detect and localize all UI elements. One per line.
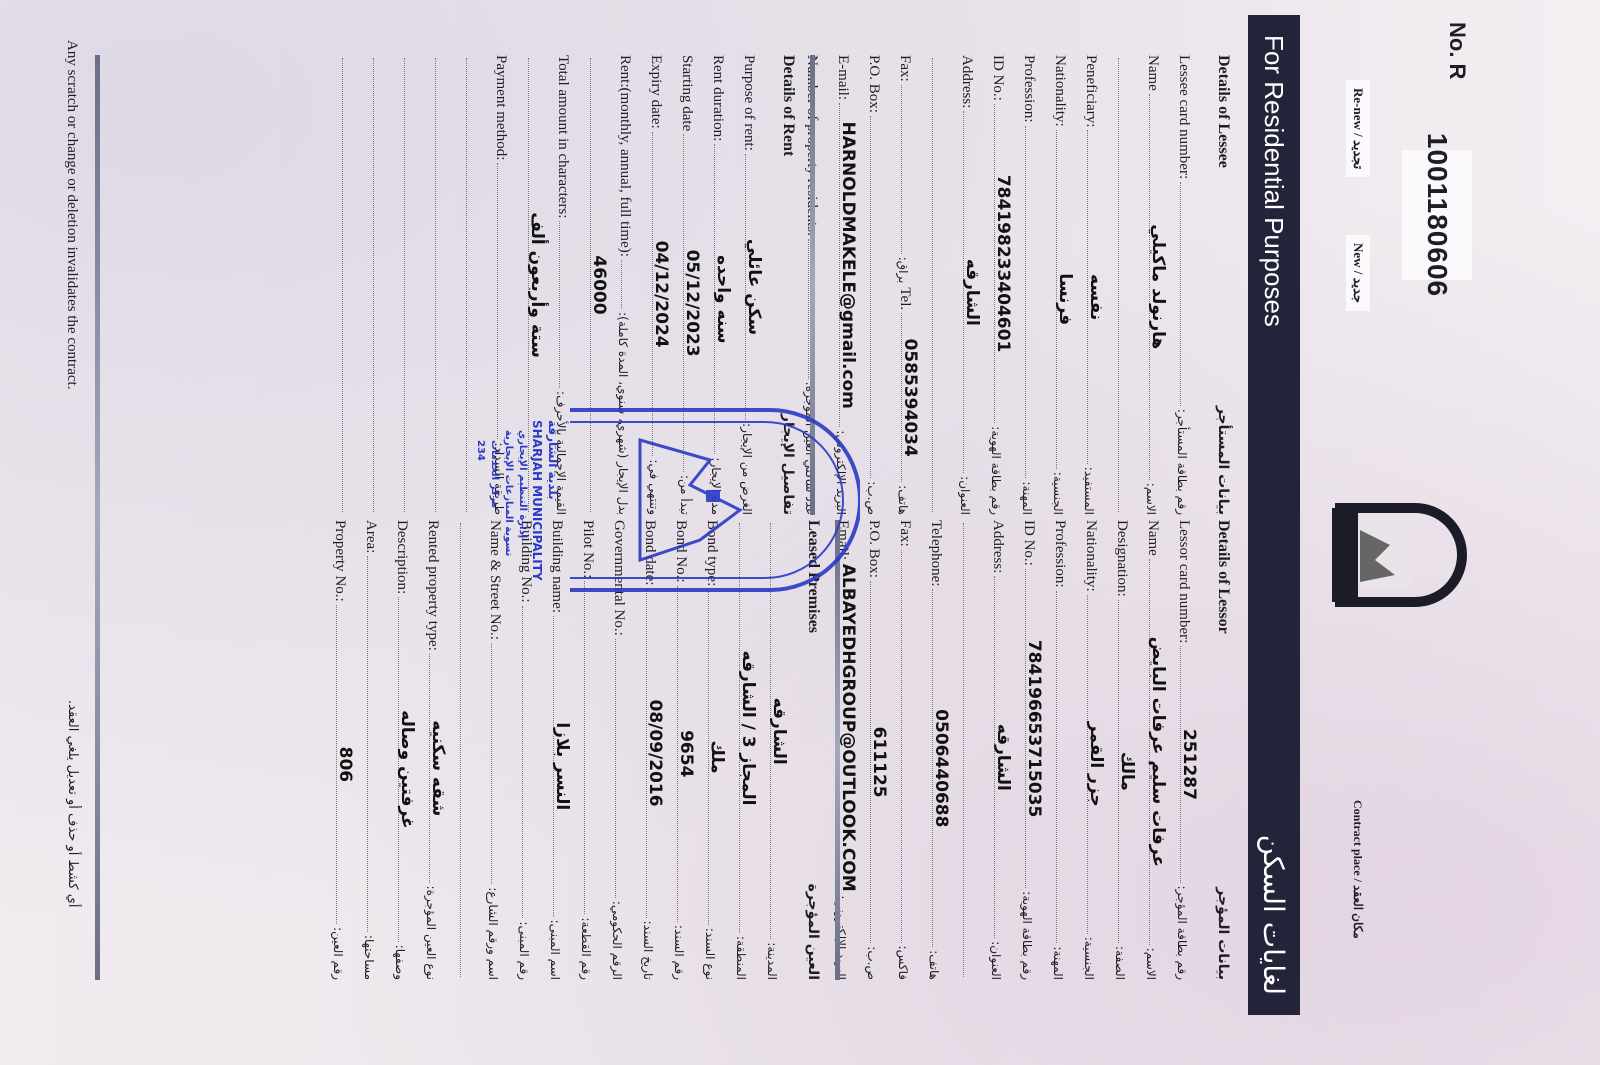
field-dotted-line: الشارقه bbox=[994, 576, 996, 938]
lessor-section: Details of Lessor بيانات المؤجر Lessor c… bbox=[834, 520, 1240, 980]
contract-page: No. R 1001180606 Re-new / تجديد New / جد… bbox=[0, 0, 1600, 1065]
field-label-ar: اسم المبنى: bbox=[548, 920, 562, 980]
form-field-row: Nameعرفات سليم عرفات البايضالاسم: bbox=[1144, 520, 1175, 980]
form-field-row: E-mail:HARNOLDMAKELE@gmail.comالبريد الإ… bbox=[834, 55, 865, 515]
field-value: 9654 bbox=[676, 586, 696, 922]
lessee-title-en: Details of Lessee bbox=[1214, 55, 1232, 168]
field-label-ar: مساحتها: bbox=[362, 935, 376, 980]
form-field-row: Number of property residents:عدد ساكني ا… bbox=[803, 55, 834, 515]
tel-value: 0585394034 bbox=[900, 313, 920, 482]
field-label-ar: الاسم: bbox=[1144, 948, 1158, 980]
field-value: 611125 bbox=[869, 581, 889, 943]
field-value: سكن عائلي bbox=[744, 154, 764, 420]
premises-section: Leased Premises العين المؤجرة الشارقهالم… bbox=[331, 520, 830, 980]
field-dotted-line bbox=[367, 556, 369, 932]
field-dotted-line bbox=[404, 58, 406, 512]
field-value: 251287 bbox=[1179, 646, 1199, 882]
field-value: شقه سكنيه bbox=[428, 654, 448, 883]
premises-title-en: Leased Premises bbox=[804, 520, 822, 633]
field-label-ar: بدل الإيجار (شهري، سنوي، المدة كاملة): bbox=[616, 312, 630, 515]
field-dotted-line: عرفات سليم عرفات البايض bbox=[1149, 559, 1151, 945]
fax-label-ar: براق: bbox=[896, 257, 910, 284]
form-field-row: Governmental No.:الرقم الحكومي: bbox=[610, 520, 641, 980]
field-label-en: Nationality: bbox=[1051, 55, 1068, 127]
field-label-ar: رقم بطاقة الهوية: bbox=[1020, 891, 1034, 980]
footer-divider bbox=[95, 55, 100, 980]
field-label-en: Property No.: bbox=[331, 520, 348, 602]
field-label-en: Starting date bbox=[678, 55, 695, 131]
field-dotted-line: 784196653715035 bbox=[1025, 569, 1027, 888]
premises-title-ar: العين المؤجرة bbox=[805, 884, 821, 980]
field-value: الشارقه bbox=[962, 111, 982, 473]
field-label-ar: العنوان: bbox=[989, 941, 1003, 980]
field-label-en: Bond type: bbox=[703, 520, 720, 586]
contract-no-label: No. R bbox=[1444, 22, 1470, 79]
field-label-en: Fax: bbox=[896, 55, 913, 82]
lessor-title-en: Details of Lessor bbox=[1214, 520, 1232, 634]
field-value: النسر بلازا bbox=[552, 616, 572, 917]
field-label-ar: ص.ب: bbox=[865, 481, 879, 515]
field-label-ar: رقم بطاقة المؤجر: bbox=[1175, 886, 1189, 980]
field-label-en: Pilot No.: bbox=[579, 520, 596, 578]
field-label-ar: الرقم الحكومي: bbox=[610, 901, 624, 980]
renew-checkbox-label: Re-new / تجديد bbox=[1346, 80, 1370, 177]
field-dotted-line: سنه واحده bbox=[714, 144, 716, 454]
form-field-row bbox=[1113, 55, 1144, 515]
field-value: 0506440688 bbox=[931, 589, 951, 947]
field-label-en: P.O. Box: bbox=[865, 520, 882, 578]
field-label-ar: نوع السند: bbox=[703, 928, 717, 980]
field-label-en: Bond date: bbox=[641, 520, 658, 585]
field-label-ar: رقم السند: bbox=[672, 925, 686, 980]
field-value: جزر القمر bbox=[1086, 595, 1106, 934]
field-dotted-line: النسر بلازا bbox=[553, 616, 555, 917]
field-label-en: Payment method: bbox=[492, 55, 509, 160]
rent-title-en: Details of Rent bbox=[779, 55, 797, 156]
field-value: عرفات سليم عرفات البايض bbox=[1148, 559, 1168, 945]
form-field-row: Rented property type:شقه سكنيهنوع العين … bbox=[424, 520, 455, 980]
field-label-ar: الاسم: bbox=[1144, 483, 1158, 515]
field-label-ar: المدينة: bbox=[765, 942, 779, 980]
field-label-en: Fax: bbox=[896, 520, 913, 547]
field-label-ar: ص.ب: bbox=[865, 946, 879, 980]
field-value: سنه واحده bbox=[713, 144, 733, 454]
sharjah-municipality-logo bbox=[1330, 500, 1470, 610]
field-dotted-line: 46000 bbox=[590, 58, 592, 512]
field-dotted-line bbox=[870, 116, 872, 478]
field-label-ar: تبدأ من: bbox=[678, 475, 692, 515]
form-field-row: الشارقهالمدينة: bbox=[765, 520, 796, 980]
form-field-row: Address:الشارقهالعنوان: bbox=[958, 55, 989, 515]
field-dotted-line bbox=[901, 85, 903, 254]
field-dotted-line: الشارقه bbox=[770, 523, 772, 939]
field-value: 46000 bbox=[589, 58, 609, 512]
field-value: 05/12/2023 bbox=[682, 134, 702, 472]
field-label-ar: هاتف: bbox=[896, 485, 910, 515]
field-value: 04/12/2024 bbox=[651, 132, 671, 457]
field-label-ar: رقم المبنى: bbox=[517, 921, 531, 980]
form-field-row: Bond No.:9654رقم السند: bbox=[672, 520, 703, 980]
field-dotted-line bbox=[522, 606, 524, 919]
form-field-row: Telephone:0506440688هاتف: bbox=[927, 520, 958, 980]
field-dotted-line bbox=[1118, 58, 1120, 512]
field-label-ar: تاريخ السند: bbox=[641, 921, 655, 980]
field-dotted-line bbox=[460, 523, 462, 977]
field-label-ar: مدة الإيجار: bbox=[709, 457, 723, 515]
form-field-row: Name & Street No.:اسم ورقم الشارع: bbox=[486, 520, 517, 980]
field-label-ar: العنوان: bbox=[958, 476, 972, 515]
form-field-row: Rent duration:سنه واحدهمدة الإيجار: bbox=[709, 55, 740, 515]
field-dotted-line: هارنولد ماكيلي bbox=[1149, 94, 1151, 480]
stamp-text-division: تسوية المنازعات الإيجارية bbox=[503, 430, 514, 556]
field-dotted-line: 251287 bbox=[1180, 646, 1182, 882]
field-dotted-line: نفسه bbox=[1087, 130, 1089, 463]
form-field-row: Description:غرفتين وصالهوصفها: bbox=[393, 520, 424, 980]
field-dotted-line bbox=[435, 58, 437, 512]
field-label-ar: اسم ورقم الشارع: bbox=[486, 887, 500, 980]
field-label-en: Area: bbox=[362, 520, 379, 553]
field-dotted-line bbox=[963, 523, 965, 977]
field-label-en: Name bbox=[1144, 520, 1161, 556]
field-dotted-line bbox=[584, 581, 586, 914]
field-dotted-line: 0506440688 bbox=[932, 589, 934, 947]
field-label-ar: الغرض من الإيجار: bbox=[740, 423, 754, 515]
form-field-row: Purpose of rent:سكن عائليالغرض من الإيجا… bbox=[740, 55, 771, 515]
field-dotted-line bbox=[342, 58, 344, 512]
field-value: الشارقه bbox=[993, 576, 1013, 938]
field-value: غرفتين وصاله bbox=[397, 597, 417, 942]
field-label-ar: وتنتهي في: bbox=[647, 459, 661, 515]
field-label-en: Designation: bbox=[1113, 520, 1130, 597]
field-dotted-line: المجاز 3 / الشارقه bbox=[739, 523, 741, 933]
form-field-row: Designation:مالكالصفة: bbox=[1113, 520, 1144, 980]
field-dotted-line bbox=[491, 643, 493, 884]
form-field-row: Property No.:806رقم العين: bbox=[331, 520, 362, 980]
form-field-row: Bond date:08/09/2016تاريخ السند: bbox=[641, 520, 672, 980]
field-label-en: Description: bbox=[393, 520, 410, 594]
form-field-row bbox=[368, 55, 399, 515]
field-label-en: Rent duration: bbox=[709, 55, 726, 141]
field-value: ALBAYEDHGROUP@OUTLOOK.COM bbox=[838, 563, 858, 892]
field-label-en: Lessor card number: bbox=[1175, 520, 1192, 643]
form-field-row: P.O. Box:611125ص.ب: bbox=[865, 520, 896, 980]
form-field-row: Building name:النسر بلازااسم المبنى: bbox=[548, 520, 579, 980]
field-label-en: Bond No.: bbox=[672, 520, 689, 583]
form-field-row: Nationality:فرنساالجنسية: bbox=[1051, 55, 1082, 515]
field-dotted-line bbox=[932, 58, 934, 512]
field-label-en: Nationality: bbox=[1082, 520, 1099, 592]
field-value: المجاز 3 / الشارقه bbox=[738, 523, 758, 933]
field-label-ar: المستفيد: bbox=[1082, 467, 1096, 515]
stamp-text-en: SHARJAH MUNICIPALITY bbox=[530, 420, 544, 581]
field-dotted-line: 784198233404601 bbox=[994, 104, 996, 423]
rent-title-ar: تفاصيل الإيجار bbox=[780, 414, 796, 515]
form-field-row: Expiry date:04/12/2024وتنتهي في: bbox=[647, 55, 678, 515]
field-label-ar: نوع العين المؤجرة: bbox=[424, 886, 438, 980]
field-label-ar: وصفها: bbox=[393, 945, 407, 980]
contract-number: 1001180606 bbox=[1402, 150, 1472, 280]
form-field-row: المجاز 3 / الشارقهالمنطقة: bbox=[734, 520, 765, 980]
field-dotted-line bbox=[1180, 182, 1182, 406]
field-dotted-line: 806 bbox=[336, 605, 338, 924]
form-field-row: Profession:المهنة: bbox=[1051, 520, 1082, 980]
new-checkbox-label: New / جديد bbox=[1346, 235, 1370, 311]
field-label-en: Lessee card number: bbox=[1175, 55, 1192, 179]
form-field-row: ID No.:784196653715035رقم بطاقة الهوية: bbox=[1020, 520, 1051, 980]
field-dotted-line bbox=[621, 260, 623, 309]
field-label-en: Telephone: bbox=[927, 520, 944, 586]
field-value: HARNOLDMAKELE@gmail.com bbox=[838, 103, 858, 427]
form-field-row: ID No.:784198233404601رقم بطاقة الهوية: bbox=[989, 55, 1020, 515]
form-field-row bbox=[455, 520, 486, 980]
field-value: نفسه bbox=[1086, 130, 1106, 463]
field-value: 806 bbox=[335, 605, 355, 924]
field-label-en: Profession: bbox=[1051, 520, 1068, 588]
form-field-row: Starting date05/12/2023تبدأ من: bbox=[678, 55, 709, 515]
field-dotted-line: 611125 bbox=[870, 581, 872, 943]
field-label-en: Address: bbox=[958, 55, 975, 108]
field-dotted-line: 0585394034 bbox=[901, 313, 903, 482]
field-value: الشارقه bbox=[769, 523, 789, 939]
field-value: ملك bbox=[707, 589, 727, 925]
form-field-row: Lessee card number:رقم بطاقة المستأجر: bbox=[1175, 55, 1206, 515]
field-dotted-line: شقه سكنيه bbox=[429, 654, 431, 883]
form-field-row: Building No.:رقم المبنى: bbox=[517, 520, 548, 980]
field-dotted-line bbox=[373, 58, 375, 512]
field-label-ar: الجنسية: bbox=[1082, 937, 1096, 980]
lessor-title-ar: بيانات المؤجر bbox=[1215, 887, 1231, 980]
field-label-en: Expiry date: bbox=[647, 55, 664, 129]
field-dotted-line: مالك bbox=[1118, 600, 1120, 943]
field-dotted-line bbox=[497, 163, 499, 439]
contract-place-label: Contract place / مكان العقد bbox=[1350, 800, 1365, 939]
form-field-row: Lessor card number:251287رقم بطاقة المؤج… bbox=[1175, 520, 1206, 980]
field-label-en: Name bbox=[1144, 55, 1161, 91]
lessee-section: Details of Lessee بيانات المستأجر Lessee… bbox=[803, 55, 1240, 515]
field-dotted-line: غرفتين وصاله bbox=[398, 597, 400, 942]
field-value: 784198233404601 bbox=[993, 104, 1013, 423]
field-label-ar: رقم بطاقة المستأجر: bbox=[1175, 409, 1189, 515]
field-label-en: P.O. Box: bbox=[865, 55, 882, 113]
field-dotted-line: 08/09/2016 bbox=[646, 588, 648, 917]
form-field-row bbox=[337, 55, 368, 515]
footer-note-en: Any scratch or change or deletion invali… bbox=[63, 40, 80, 389]
form-field-row: Nameهارنولد ماكيليالاسم: bbox=[1144, 55, 1175, 515]
field-value: 784196653715035 bbox=[1024, 569, 1044, 888]
field-dotted-line bbox=[559, 221, 561, 388]
field-dotted-line: ملك bbox=[708, 589, 710, 925]
form-field-row: Profession:المهنة: bbox=[1020, 55, 1051, 515]
field-label-ar: المنطقة: bbox=[734, 936, 748, 980]
form-field-row: 46000 bbox=[585, 55, 616, 515]
form-field-row: Bond type:ملكنوع السند: bbox=[703, 520, 734, 980]
field-label-ar: هاتف: bbox=[927, 950, 941, 980]
form-field-row bbox=[958, 520, 989, 980]
section-divider bbox=[835, 520, 840, 980]
stamp-text-center: مركز الخدمات bbox=[489, 440, 500, 508]
field-label-ar: رقم القطعة: bbox=[579, 917, 593, 980]
field-dotted-line bbox=[901, 550, 903, 943]
banner-title-en: For Residential Purposes bbox=[1259, 35, 1290, 327]
section-divider bbox=[810, 55, 815, 515]
field-dotted-line: الشارقه bbox=[963, 111, 965, 473]
form-field-row: Nationality:جزر القمرالجنسية: bbox=[1082, 520, 1113, 980]
form-field-row bbox=[927, 55, 958, 515]
stamp-text-ar: بلدية الشارقة bbox=[546, 420, 560, 500]
field-label-en: E-mail: bbox=[834, 55, 851, 100]
footer-note-ar: أي كشط أو حذف أو تعديل يلغي العقد. bbox=[65, 700, 80, 908]
field-label-en: ID No.: bbox=[989, 55, 1006, 101]
form-field-row: Area:مساحتها: bbox=[362, 520, 393, 980]
field-label-en: Governmental No.: bbox=[610, 520, 627, 636]
field-value: 08/09/2016 bbox=[645, 588, 665, 917]
field-dotted-line bbox=[615, 639, 617, 898]
field-dotted-line bbox=[466, 58, 468, 512]
stamp-text-number: 234 bbox=[475, 440, 486, 461]
form-field-row bbox=[430, 55, 461, 515]
field-value: هارنولد ماكيلي bbox=[1148, 94, 1168, 480]
field-dotted-line: 04/12/2024 bbox=[652, 132, 654, 457]
form-field-row: P.O. Box:ص.ب: bbox=[865, 55, 896, 515]
field-label-ar: المهنة: bbox=[1051, 946, 1065, 980]
field-label-en: Rented property type: bbox=[424, 520, 441, 651]
stamp-text-dept: إدارة التنظيم الإيجاري bbox=[517, 430, 528, 538]
field-label-ar: الجنسية: bbox=[1051, 472, 1065, 515]
field-label-en: Building name: bbox=[548, 520, 565, 613]
form-field-row: Fax:براق:Tel.0585394034هاتف: bbox=[896, 55, 927, 515]
form-field-row: Address:الشارقهالعنوان: bbox=[989, 520, 1020, 980]
banner-title-ar: لغايات السكن bbox=[1258, 835, 1291, 995]
lessee-title-ar: بيانات المستأجر bbox=[1215, 406, 1231, 515]
field-label-en: Name & Street No.: bbox=[486, 520, 503, 640]
field-dotted-line: جزر القمر bbox=[1087, 595, 1089, 934]
field-dotted-line: 05/12/2023 bbox=[683, 134, 685, 472]
field-dotted-line: 9654 bbox=[677, 586, 679, 922]
form-field-row bbox=[399, 55, 430, 515]
field-label-ar: الصفة: bbox=[1113, 946, 1127, 980]
field-label-ar: البريد الإلكتروني: bbox=[834, 430, 848, 515]
field-label-en: Address: bbox=[989, 520, 1006, 573]
banner: For Residential Purposes لغايات السكن bbox=[1248, 15, 1300, 1015]
field-dotted-line: فرنسا bbox=[1056, 130, 1058, 469]
field-label-en: ID No.: bbox=[1020, 520, 1037, 566]
field-value: مالك bbox=[1117, 600, 1137, 943]
field-value: فرنسا bbox=[1055, 130, 1075, 469]
field-label-en: Profession: bbox=[1020, 55, 1037, 123]
field-dotted-line bbox=[1056, 591, 1058, 944]
field-label-en: Rent:(monthly, annual, full time): bbox=[616, 55, 633, 257]
form-field-row: Pilot No.:رقم القطعة: bbox=[579, 520, 610, 980]
field-label-ar: رقم بطاقة الهوية: bbox=[989, 426, 1003, 515]
field-label-en: Total amount in characters: bbox=[554, 55, 571, 218]
field-label-ar: المهنة: bbox=[1020, 481, 1034, 515]
field-dotted-line: HARNOLDMAKELE@gmail.com bbox=[839, 103, 841, 427]
field-dotted-line bbox=[1025, 126, 1027, 479]
field-dotted-line: سكن عائلي bbox=[745, 154, 747, 420]
field-label-en: Purpose of rent: bbox=[740, 55, 757, 151]
tel-label: Tel. bbox=[896, 287, 913, 310]
field-label-ar: رقم العين: bbox=[331, 927, 345, 980]
field-label-en: Peneficiary: bbox=[1082, 55, 1099, 127]
form-field-row: Rent:(monthly, annual, full time):بدل ال… bbox=[616, 55, 647, 515]
form-field-row: Fax:فاكس: bbox=[896, 520, 927, 980]
form-field-row: Peneficiary:نفسهالمستفيد: bbox=[1082, 55, 1113, 515]
field-label-ar: فاكس: bbox=[896, 946, 910, 980]
rent-section: Details of Rent تفاصيل الإيجار Purpose o… bbox=[337, 55, 805, 515]
